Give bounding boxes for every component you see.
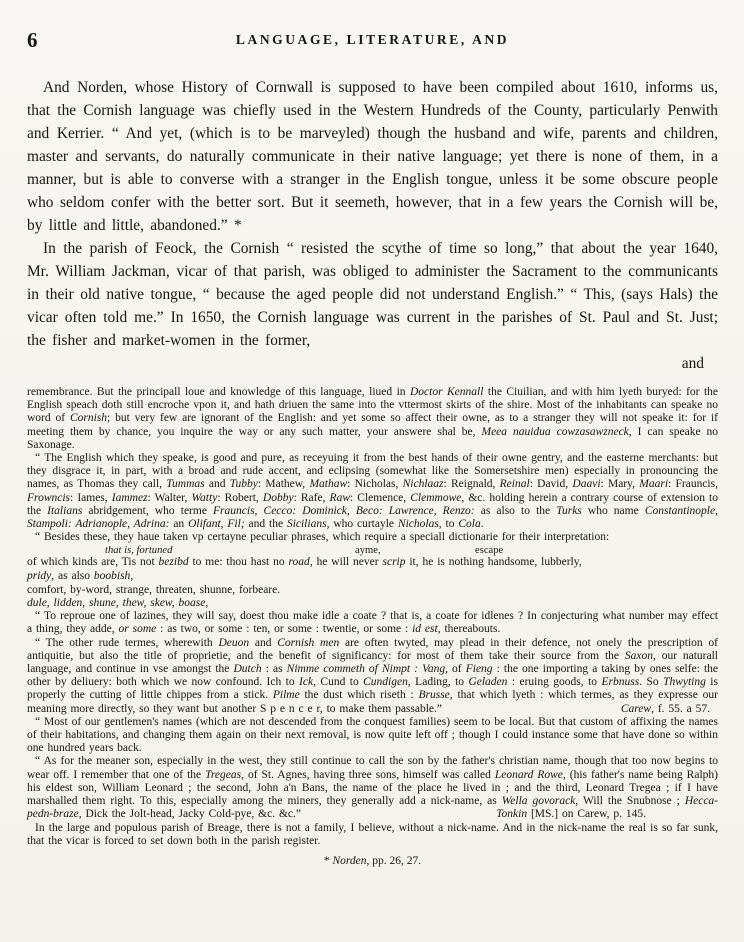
- running-title: LANGUAGE, LITERATURE, AND: [27, 28, 718, 48]
- body-paragraph: In the parish of Feock, the Cornish “ re…: [27, 237, 718, 352]
- footnote-reference: * Norden, pp. 26, 27.: [27, 855, 718, 868]
- footnote-paragraph: “ To reproue one of lazines, they will s…: [27, 610, 718, 636]
- footnote-paragraph: “ Most of our gentlemen's names (which a…: [27, 716, 718, 756]
- footnote-paragraph: “ As for the meaner son, especially in t…: [27, 755, 718, 821]
- footnote-paragraph: “ Besides these, they haue taken vp cert…: [27, 531, 718, 544]
- gloss-english-row: comfort, by-word, strange, threaten, shu…: [27, 583, 718, 597]
- gloss-cornish-row: dule, lidden, shune, thew, skew, boase,: [27, 597, 718, 610]
- footnote-attribution: Tonkin [MS.] on Carew, p. 145.: [488, 808, 646, 821]
- main-text-block: And Norden, whose History of Cornwall is…: [27, 76, 718, 375]
- page-header: 6 LANGUAGE, LITERATURE, AND: [27, 28, 718, 54]
- gloss-word-text: that is, fortuned: [105, 545, 172, 556]
- footnote-attribution: Carew, f. 55. a 57.: [613, 703, 710, 716]
- footnote-paragraph: In the large and populous parish of Brea…: [27, 822, 718, 848]
- footnote-paragraph: “ The other rude termes, wherewith Deuon…: [27, 637, 718, 716]
- gloss-line-above: that is, fortuned ayme, escape: [27, 544, 718, 556]
- footnote-paragraph: “ The English which they speake, is good…: [27, 452, 718, 531]
- gloss-main-line: of which kinds are, Tis not bezibd to me…: [27, 556, 718, 569]
- footnotes-block: remembrance. But the principall loue and…: [27, 386, 718, 868]
- body-paragraph: And Norden, whose History of Cornwall is…: [27, 76, 718, 237]
- book-page: 6 LANGUAGE, LITERATURE, AND And Norden, …: [0, 0, 744, 942]
- footnote-paragraph: remembrance. But the principall loue and…: [27, 386, 718, 452]
- gloss-overflow-line: pridy, as also boobish,: [27, 570, 718, 583]
- page-number: 6: [27, 28, 39, 53]
- interlinear-gloss-block: that is, fortuned ayme, escape of which …: [27, 544, 718, 610]
- catchword: and: [27, 352, 718, 375]
